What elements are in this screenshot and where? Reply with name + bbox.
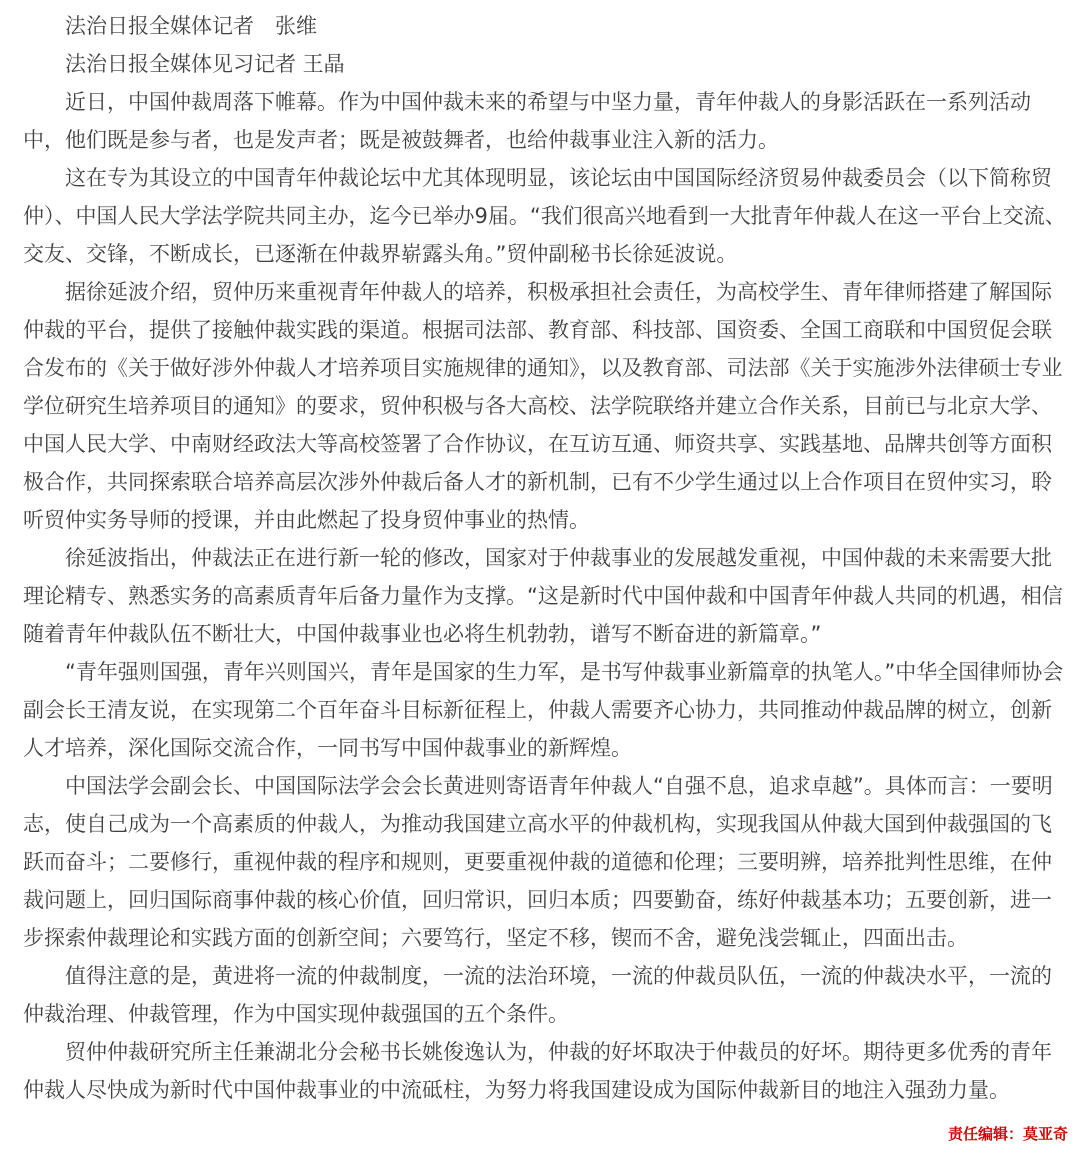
byline-reporter: 法治日报全媒体记者 张维 <box>23 7 1068 45</box>
article-paragraph: 这在专为其设立的中国青年仲裁论坛中尤其体现明显，该论坛由中国国际经济贸易仲裁委员… <box>23 159 1068 273</box>
article-page: 法治日报全媒体记者 张维 法治日报全媒体见习记者 王晶 近日，中国仲裁周落下帷幕… <box>0 0 1091 1154</box>
article-paragraph: 值得注意的是，黄进将一流的仲裁制度，一流的法治环境，一流的仲裁员队伍，一流的仲裁… <box>23 957 1068 1033</box>
article-paragraph: 近日，中国仲裁周落下帷幕。作为中国仲裁未来的希望与中坚力量，青年仲裁人的身影活跃… <box>23 83 1068 159</box>
editor-credit: 责任编辑：莫亚奇 <box>23 1123 1068 1145</box>
byline-trainee-reporter: 法治日报全媒体见习记者 王晶 <box>23 45 1068 83</box>
article-paragraph: “青年强则国强，青年兴则国兴，青年是国家的生力军，是书写仲裁事业新篇章的执笔人。… <box>23 653 1068 767</box>
article-paragraph: 中国法学会副会长、中国国际法学会会长黄进则寄语青年仲裁人“自强不息，追求卓越”。… <box>23 767 1068 957</box>
article-paragraph: 贸仲仲裁研究所主任兼湖北分会秘书长姚俊逸认为，仲裁的好坏取决于仲裁员的好坏。期待… <box>23 1033 1068 1109</box>
article-paragraph: 徐延波指出，仲裁法正在进行新一轮的修改，国家对于仲裁事业的发展越发重视，中国仲裁… <box>23 539 1068 653</box>
article-paragraph: 据徐延波介绍，贸仲历来重视青年仲裁人的培养，积极承担社会责任，为高校学生、青年律… <box>23 273 1068 539</box>
